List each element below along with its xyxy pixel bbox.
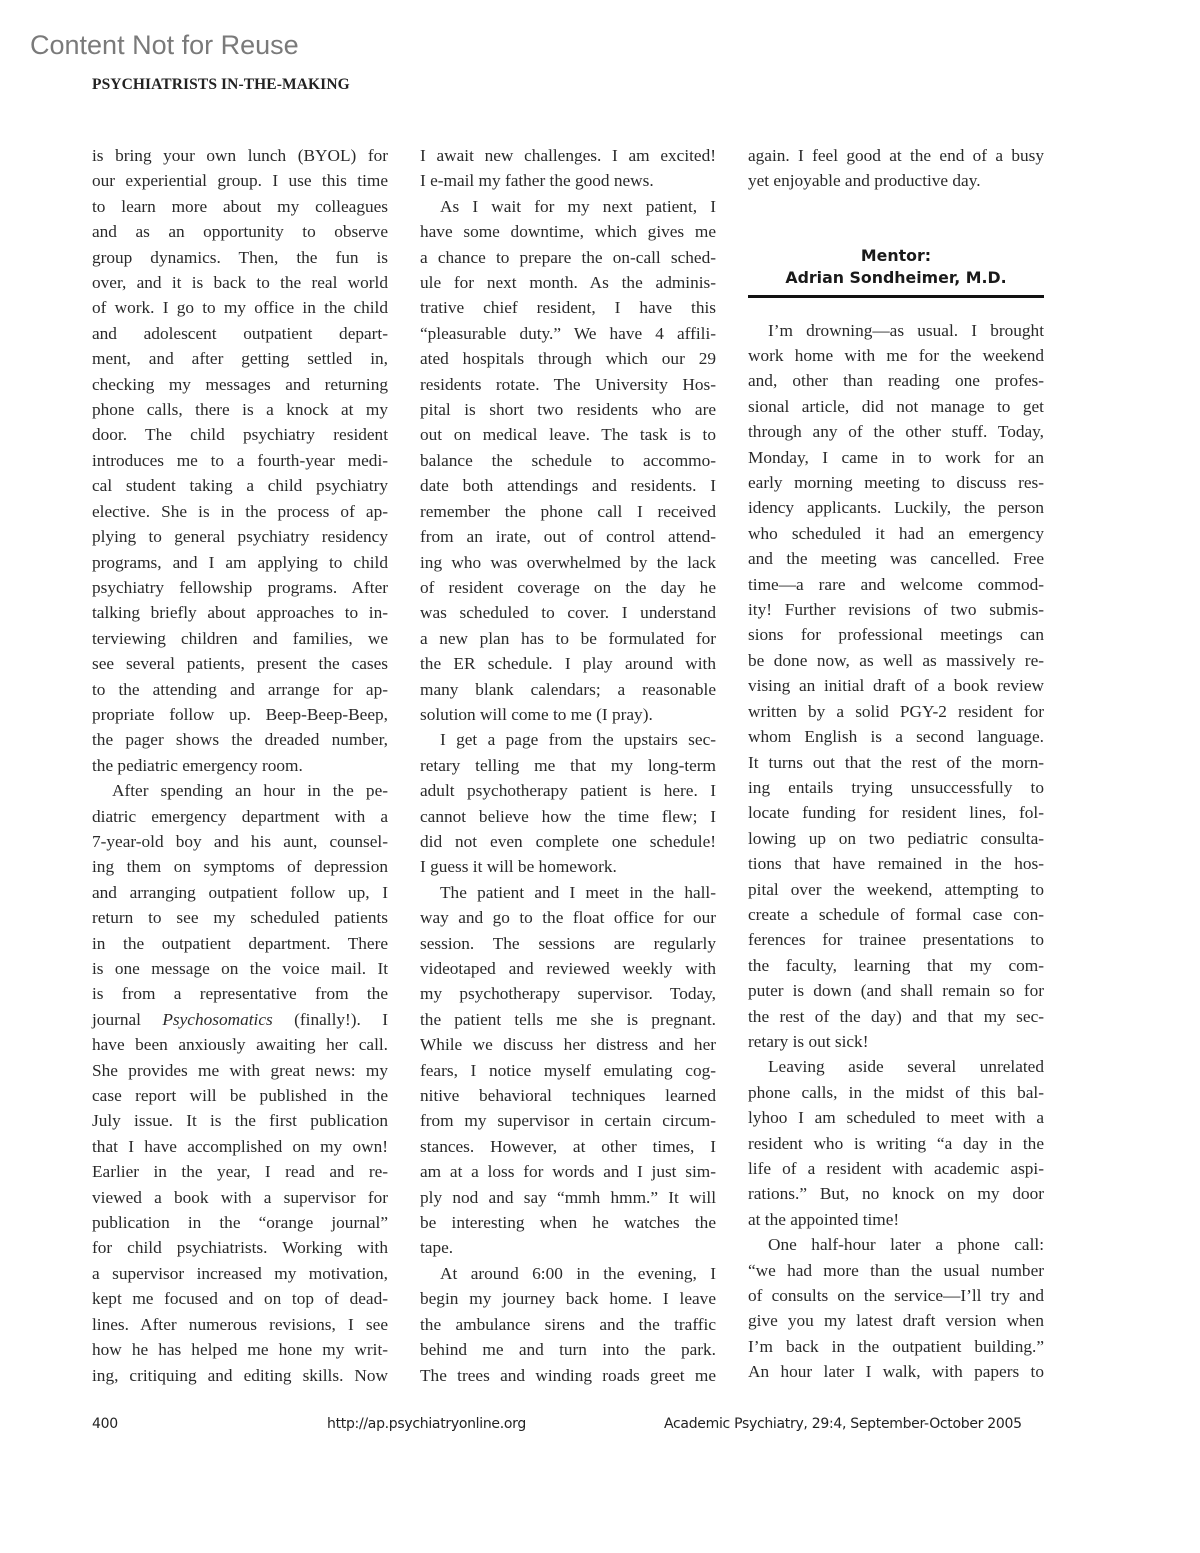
text-line: 7-year-old boy and his aunt, counsel-: [92, 829, 388, 854]
text-line: date both attendings and residents. I: [420, 473, 716, 498]
text-line: of work. I go to my office in the child: [92, 295, 388, 320]
text-line: fears, I notice myself emulating cog-: [420, 1058, 716, 1083]
text-line: vising an initial draft of a book review: [748, 673, 1044, 698]
text-line: kept me focused and on top of dead-: [92, 1286, 388, 1311]
text-line: lowing up on two pediatric consulta-: [748, 826, 1044, 851]
text-line: It turns out that the rest of the morn-: [748, 750, 1044, 775]
text-line: early morning meeting to discuss res-: [748, 470, 1044, 495]
text-line: introduces me to a fourth-year medi-: [92, 448, 388, 473]
section-spacer: [748, 194, 1044, 245]
running-head: PSYCHIATRISTS IN-THE-MAKING: [92, 76, 350, 94]
text-line: balance the schedule to accommo-: [420, 448, 716, 473]
mentor-heading: Mentor: Adrian Sondheimer, M.D.: [748, 245, 1044, 289]
text-line: stances. However, at other times, I: [420, 1134, 716, 1159]
text-line: a supervisor increased my motivation,: [92, 1261, 388, 1286]
text-line: I await new challenges. I am excited!: [420, 143, 716, 168]
text-line: who scheduled it had an emergency: [748, 521, 1044, 546]
text-line: pital over the weekend, attempting to: [748, 877, 1044, 902]
text-line: see several patients, present the cases: [92, 651, 388, 676]
text-line: our experiential group. I use this time: [92, 168, 388, 193]
footer-journal-citation: Academic Psychiatry, 29:4, September-Oct…: [664, 1416, 1022, 1432]
text-line: again. I feel good at the end of a busy: [748, 143, 1044, 168]
text-line: I e-mail my father the good news.: [420, 168, 716, 193]
text-line: the patient tells me she is pregnant.: [420, 1007, 716, 1032]
column-middle: I await new challenges. I am excited!I e…: [420, 143, 716, 1388]
text-line: ity! Further revisions of two submis-: [748, 597, 1044, 622]
text-line: “pleasurable duty.” We have 4 affili-: [420, 321, 716, 346]
text-line: July issue. It is the first publication: [92, 1108, 388, 1133]
text-line: tape.: [420, 1235, 716, 1260]
text-line: elective. She is in the process of ap-: [92, 499, 388, 524]
text-line: how he has helped me hone my writ-: [92, 1337, 388, 1362]
text-line: over, and it is back to the real world: [92, 270, 388, 295]
column-left: is bring your own lunch (BYOL) forour ex…: [92, 143, 388, 1388]
text-line: I’m drowning—as usual. I brought: [748, 318, 1044, 343]
mentor-name: Adrian Sondheimer, M.D.: [748, 267, 1044, 289]
text-line: The patient and I meet in the hall-: [420, 880, 716, 905]
text-line: time—a rare and welcome commod-: [748, 572, 1044, 597]
text-line: the faculty, learning that my com-: [748, 953, 1044, 978]
text-line: As I wait for my next patient, I: [420, 194, 716, 219]
text-line: residents rotate. The University Hos-: [420, 372, 716, 397]
text-line: a new plan has to be formulated for: [420, 626, 716, 651]
text-line: terviewing children and families, we: [92, 626, 388, 651]
text-line: of resident coverage on the day he: [420, 575, 716, 600]
text-line: I’m back in the outpatient building.”: [748, 1334, 1044, 1359]
text-line: ment, and after getting settled in,: [92, 346, 388, 371]
text-line: An hour later I walk, with papers to: [748, 1359, 1044, 1384]
text-line: ing who was overwhelmed by the lack: [420, 550, 716, 575]
text-line: group dynamics. Then, the fun is: [92, 245, 388, 270]
text-line: puter is down (and shall remain so for: [748, 978, 1044, 1003]
text-line: publication in the “orange journal”: [92, 1210, 388, 1235]
text-line: checking my messages and returning: [92, 372, 388, 397]
text-line: diatric emergency department with a: [92, 804, 388, 829]
text-line: create a schedule of formal case con-: [748, 902, 1044, 927]
text-line: ferences for trainee presentations to: [748, 927, 1044, 952]
text-line: trative chief resident, I have this: [420, 295, 716, 320]
text-line: the pediatric emergency room.: [92, 753, 388, 778]
text-line: is from a representative from the: [92, 981, 388, 1006]
watermark: Content Not for Reuse: [30, 30, 299, 61]
text-line: from my supervisor in certain circum-: [420, 1108, 716, 1133]
text-line: One half-hour later a phone call:: [748, 1232, 1044, 1257]
text-line: the ER schedule. I play around with: [420, 651, 716, 676]
text-line: and as an opportunity to observe: [92, 219, 388, 244]
text-line: of consults on the service—I’ll try and: [748, 1283, 1044, 1308]
text-line: resident who is writing “a day in the: [748, 1131, 1044, 1156]
text-line: to learn more about my colleagues: [92, 194, 388, 219]
text-line: give you my latest draft version when: [748, 1308, 1044, 1333]
text-line: I get a page from the upstairs sec-: [420, 727, 716, 752]
text-line: ule for next month. As the adminis-: [420, 270, 716, 295]
text-line: The trees and winding roads greet me: [420, 1363, 716, 1388]
column-right-top: again. I feel good at the end of a busyy…: [748, 143, 1044, 194]
text-line: out on medical leave. The task is to: [420, 422, 716, 447]
text-line: and, other than reading one profes-: [748, 368, 1044, 393]
text-line: for child psychiatrists. Working with: [92, 1235, 388, 1260]
text-line: phone calls, there is a knock at my: [92, 397, 388, 422]
text-line: After spending an hour in the pe-: [92, 778, 388, 803]
text-line: remember the phone call I received: [420, 499, 716, 524]
text-line: my psychotherapy supervisor. Today,: [420, 981, 716, 1006]
footer-url-link[interactable]: http://ap.psychiatryonline.org: [327, 1416, 526, 1432]
text-line: programs, and I am applying to child: [92, 550, 388, 575]
text-line: case report will be published in the: [92, 1083, 388, 1108]
text-line: idency applicants. Luckily, the person: [748, 495, 1044, 520]
text-line: work home with me for the weekend: [748, 343, 1044, 368]
text-line: phone calls, in the midst of this bal-: [748, 1080, 1044, 1105]
text-line: is bring your own lunch (BYOL) for: [92, 143, 388, 168]
text-line: sional article, did not manage to get: [748, 394, 1044, 419]
text-line: At around 6:00 in the evening, I: [420, 1261, 716, 1286]
text-line: be done now, as well as massively re-: [748, 648, 1044, 673]
text-line: Earlier in the year, I read and re-: [92, 1159, 388, 1184]
text-line: lines. After numerous revisions, I see: [92, 1312, 388, 1337]
text-line: plying to general psychiatry residency: [92, 524, 388, 549]
text-line: written by a solid PGY-2 resident for: [748, 699, 1044, 724]
text-line: door. The child psychiatry resident: [92, 422, 388, 447]
heading-rule: [748, 295, 1044, 298]
text-line: Leaving aside several unrelated: [748, 1054, 1044, 1079]
text-line: did not even complete one schedule!: [420, 829, 716, 854]
mentor-label: Mentor:: [748, 245, 1044, 267]
text-line: begin my journey back home. I leave: [420, 1286, 716, 1311]
text-line: cal student taking a child psychiatry: [92, 473, 388, 498]
text-line: ing, critiquing and editing skills. Now: [92, 1363, 388, 1388]
text-line: rations.” But, no knock on my door: [748, 1181, 1044, 1206]
text-line: tions that have remained in the hos-: [748, 851, 1044, 876]
text-line: session. The sessions are regularly: [420, 931, 716, 956]
text-line: that I have accomplished on my own!: [92, 1134, 388, 1159]
text-line: “we had more than the usual number: [748, 1258, 1044, 1283]
text-line: is one message on the voice mail. It: [92, 956, 388, 981]
text-line: have been anxiously awaiting her call.: [92, 1032, 388, 1057]
column-right-bottom: I’m drowning—as usual. I broughtwork hom…: [748, 318, 1044, 1385]
text-line: ply nod and say “mmh hmm.” It will: [420, 1185, 716, 1210]
text-line: and adolescent outpatient depart-: [92, 321, 388, 346]
text-line: retary is out sick!: [748, 1029, 1044, 1054]
text-line: be interesting when he watches the: [420, 1210, 716, 1235]
text-line: solution will come to me (I pray).: [420, 702, 716, 727]
text-line: to the attending and arrange for ap-: [92, 677, 388, 702]
text-line: psychiatry fellowship programs. After: [92, 575, 388, 600]
text-line: the ambulance sirens and the traffic: [420, 1312, 716, 1337]
footer-page-number: 400: [92, 1416, 118, 1432]
text-line: videotaped and reviewed weekly with: [420, 956, 716, 981]
text-line: was scheduled to cover. I understand: [420, 600, 716, 625]
text-line: and arranging outpatient follow up, I: [92, 880, 388, 905]
text-line: I guess it will be homework.: [420, 854, 716, 879]
text-line: lyhoo I am scheduled to meet with a: [748, 1105, 1044, 1130]
text-line: ing entails trying unsuccessfully to: [748, 775, 1044, 800]
text-line: in the outpatient department. There: [92, 931, 388, 956]
text-line: While we discuss her distress and her: [420, 1032, 716, 1057]
text-line: through any of the other stuff. Today,: [748, 419, 1044, 444]
text-line: life of a resident with academic aspi-: [748, 1156, 1044, 1181]
text-line: cannot believe how the time flew; I: [420, 804, 716, 829]
text-line: am at a loss for words and I just sim-: [420, 1159, 716, 1184]
text-line: the pager shows the dreaded number,: [92, 727, 388, 752]
text-line: nitive behavioral techniques learned: [420, 1083, 716, 1108]
text-line: journal Psychosomatics (finally!). I: [92, 1007, 388, 1032]
text-line: yet enjoyable and productive day.: [748, 168, 1044, 193]
text-line: sions for professional meetings can: [748, 622, 1044, 647]
text-line: have some downtime, which gives me: [420, 219, 716, 244]
text-line: return to see my scheduled patients: [92, 905, 388, 930]
text-line: a chance to prepare the on-call sched-: [420, 245, 716, 270]
column-right: again. I feel good at the end of a busyy…: [748, 143, 1044, 1385]
text-line: locate funding for resident lines, fol-: [748, 800, 1044, 825]
text-line: pital is short two residents who are: [420, 397, 716, 422]
text-line: retary telling me that my long-term: [420, 753, 716, 778]
text-line: ated hospitals through which our 29: [420, 346, 716, 371]
text-line: way and go to the float office for our: [420, 905, 716, 930]
text-line: many blank calendars; a reasonable: [420, 677, 716, 702]
text-line: behind me and turn into the park.: [420, 1337, 716, 1362]
text-line: and the meeting was cancelled. Free: [748, 546, 1044, 571]
italic-journal-title: Psychosomatics: [162, 1010, 272, 1029]
text-line: Monday, I came in to work for an: [748, 445, 1044, 470]
text-line: whom English is a second language.: [748, 724, 1044, 749]
text-line: from an irate, out of control attend-: [420, 524, 716, 549]
text-line: at the appointed time!: [748, 1207, 1044, 1232]
text-line: adult psychotherapy patient is here. I: [420, 778, 716, 803]
text-line: ing them on symptoms of depression: [92, 854, 388, 879]
text-line: She provides me with great news: my: [92, 1058, 388, 1083]
text-line: the rest of the day) and that my sec-: [748, 1004, 1044, 1029]
text-line: viewed a book with a supervisor for: [92, 1185, 388, 1210]
text-line: propriate follow up. Beep-Beep-Beep,: [92, 702, 388, 727]
text-line: talking briefly about approaches to in-: [92, 600, 388, 625]
